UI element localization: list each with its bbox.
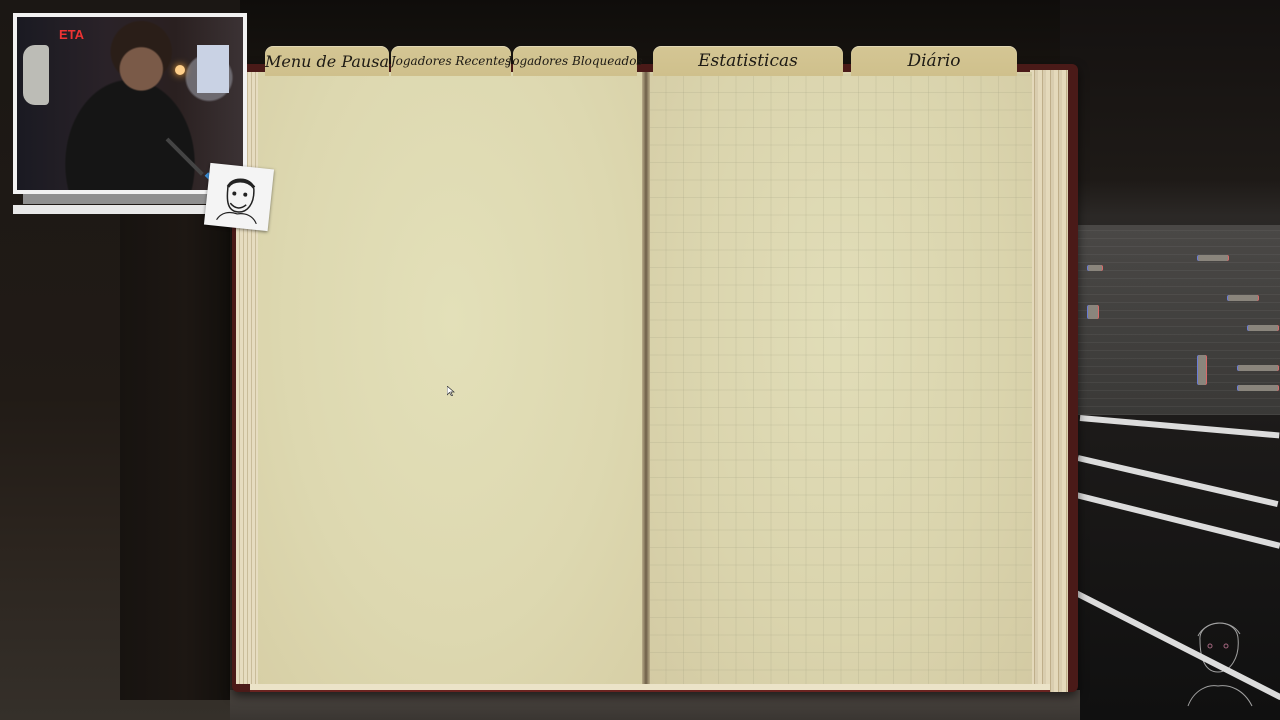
tab-label: Menu de Pausa <box>265 52 389 71</box>
notebook-left-page <box>258 72 646 688</box>
notebook-bottom-edge <box>250 684 1050 692</box>
tab-label: Estatisticas <box>698 51 798 71</box>
caricature-sketch-icon <box>204 163 274 231</box>
caricature-line-art-icon <box>1180 610 1260 710</box>
dark-doorway <box>120 210 230 700</box>
gaming-chair <box>23 45 49 105</box>
tab-label: Diário <box>907 51 960 71</box>
webcam-video: ETA <box>17 17 243 190</box>
tab-label: Jogadores Recentes <box>391 54 511 68</box>
mouse-cursor-icon <box>447 381 455 400</box>
microphone-arm <box>166 138 204 176</box>
webcam-frame-decoration <box>13 205 213 214</box>
notebook-gutter <box>642 72 650 688</box>
chair-logo: ETA <box>59 27 84 42</box>
page-edges-right <box>1030 70 1068 692</box>
tab-pause-menu[interactable]: Menu de Pausa <box>265 46 389 76</box>
tab-recent-players[interactable]: Jogadores Recentes <box>391 46 511 76</box>
tab-label: Jogadores Bloqueados <box>507 54 642 68</box>
webcam-frame-decoration <box>23 194 213 204</box>
wall-certificate <box>197 45 229 93</box>
notebook-right-page-grid <box>648 72 1032 688</box>
weapon-pegboard <box>1078 225 1280 415</box>
astronaut-lamp <box>175 65 185 75</box>
tab-diary[interactable]: Diário <box>851 46 1017 76</box>
tab-statistics[interactable]: Estatisticas <box>653 46 843 76</box>
tab-blocked-players[interactable]: Jogadores Bloqueados <box>513 46 637 76</box>
floor <box>230 690 1080 720</box>
